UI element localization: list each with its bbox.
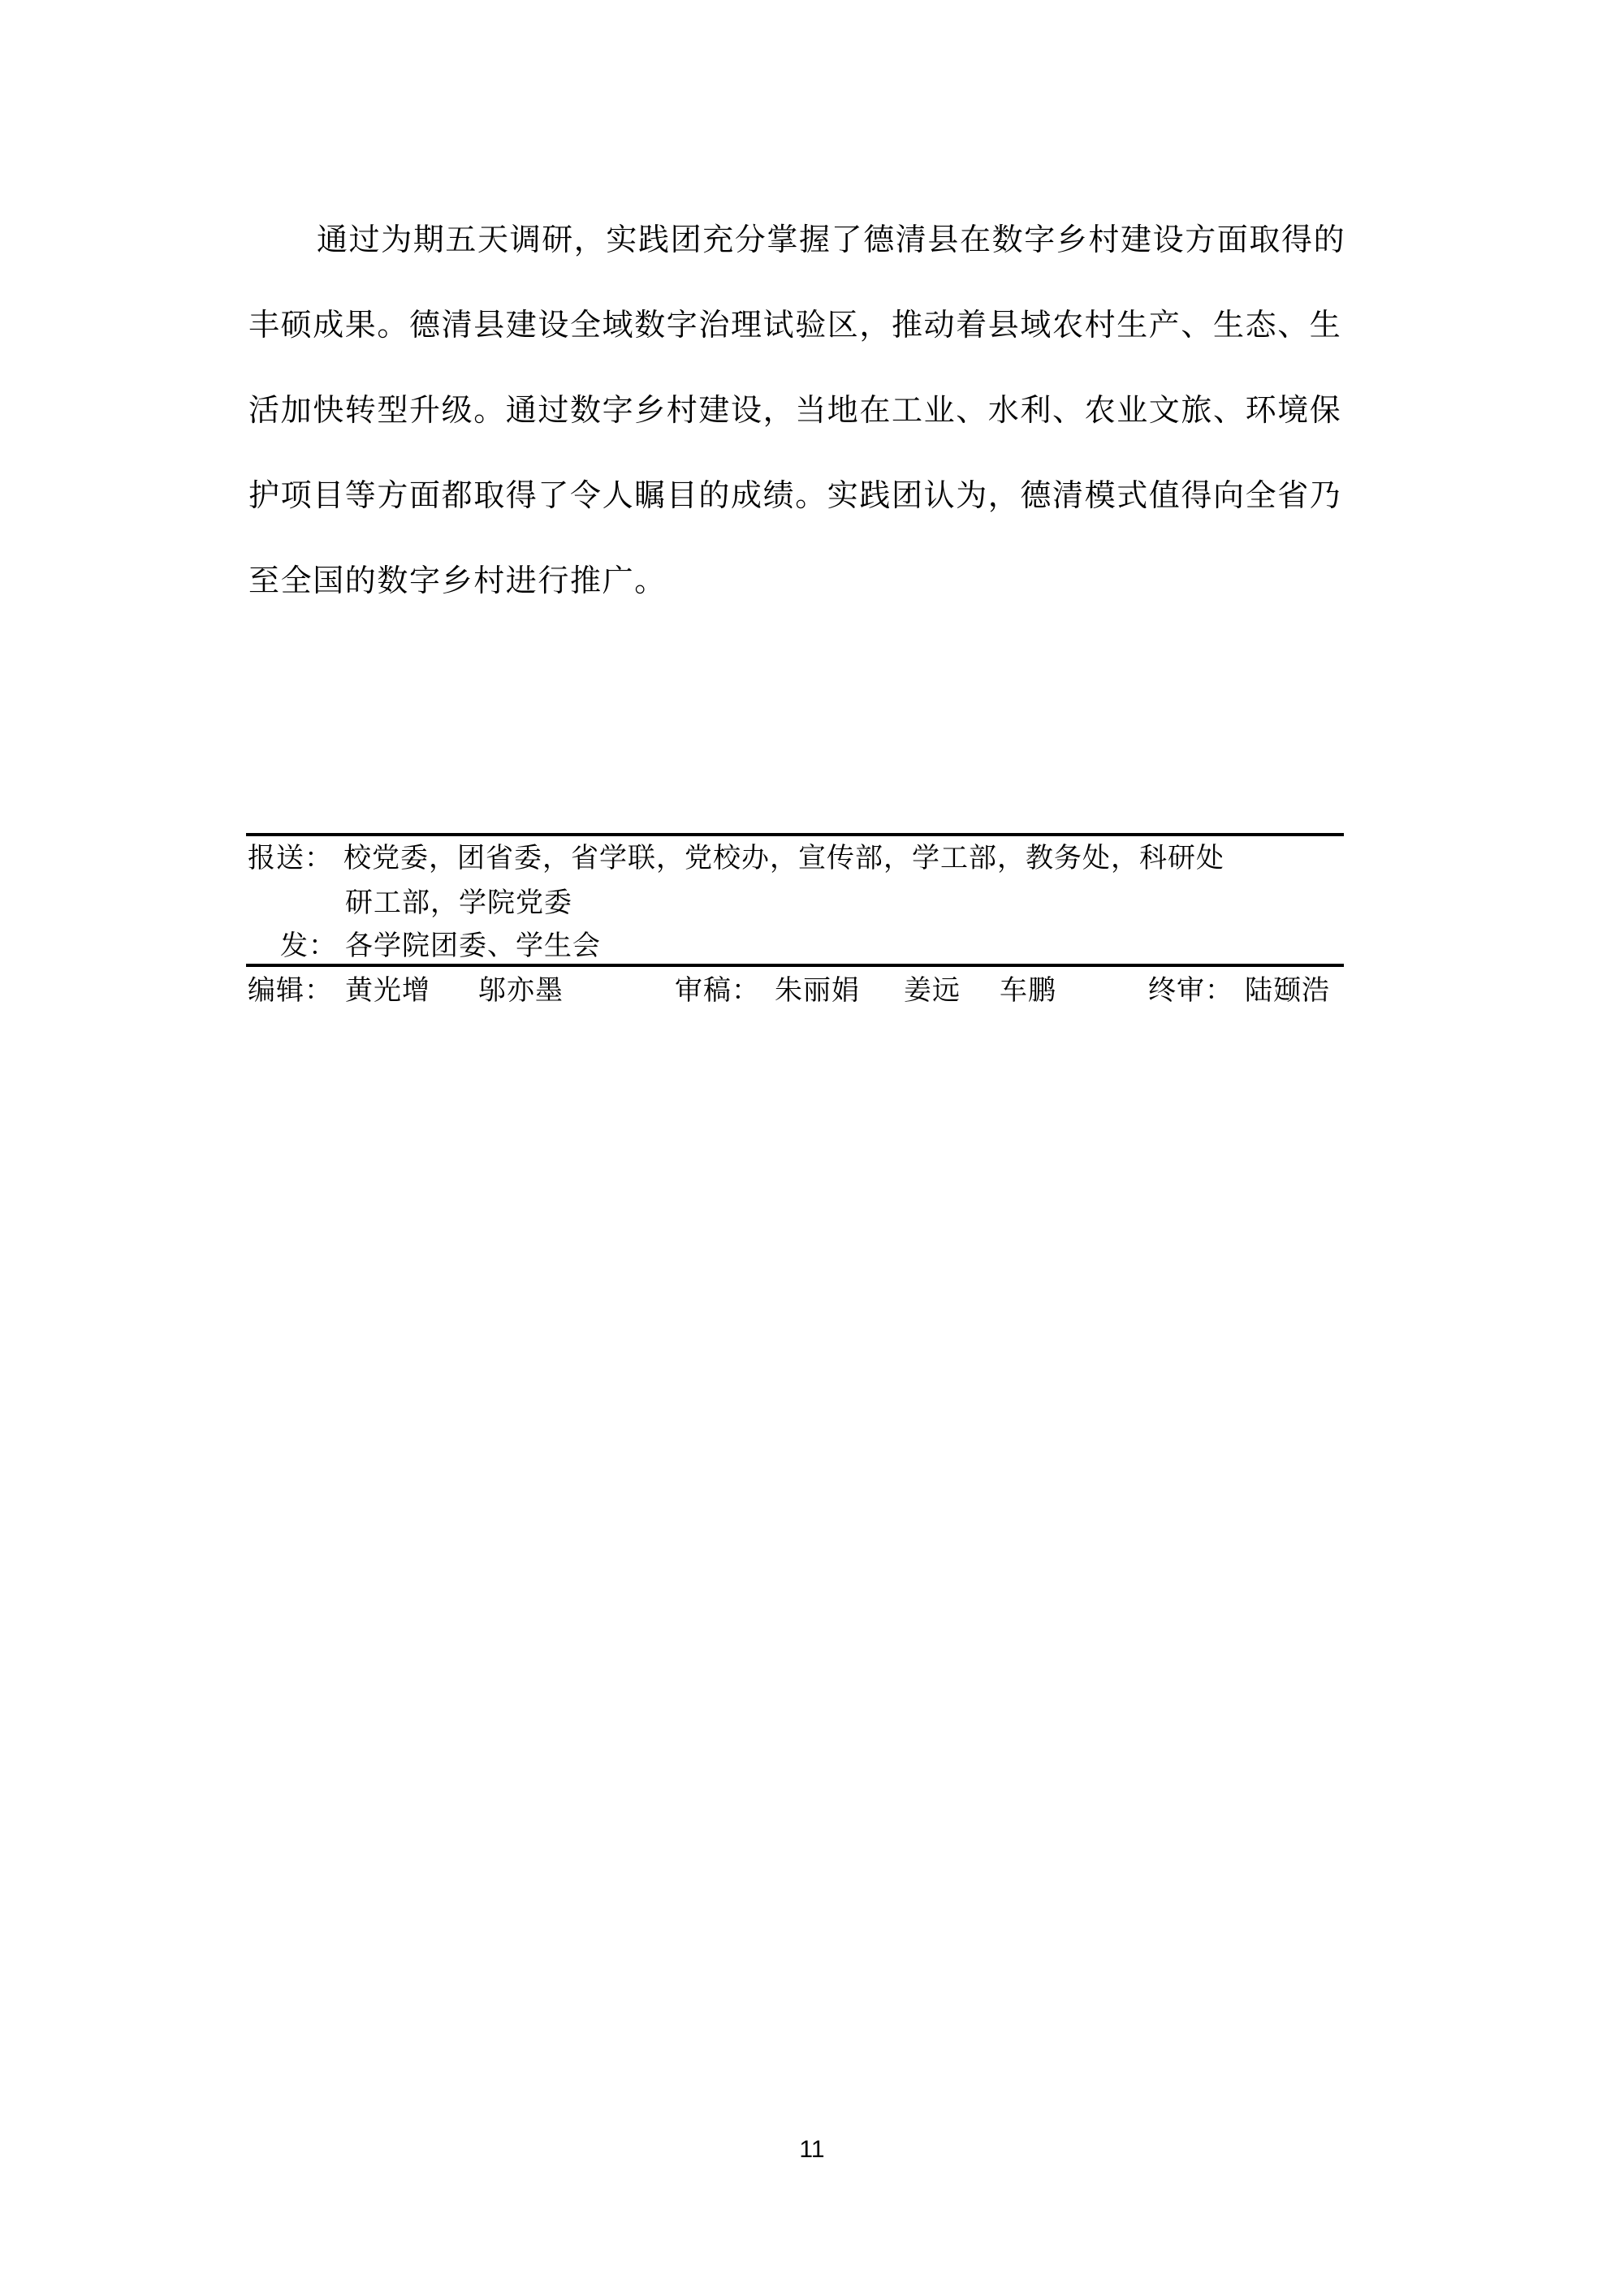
editor-label: 编辑： <box>248 971 333 1010</box>
paragraph-line-4: 护项目等方面都取得了令人瞩目的成绩。实践团认为，德清模式值得向全省乃 <box>248 471 1385 520</box>
report-to-recipients-line-2: 研工部，学院党委 <box>345 883 572 922</box>
paragraph-line-2: 丰硕成果。德清县建设全域数字治理试验区，推动着县域农村生产、生态、生 <box>248 300 1385 349</box>
paragraph-line-1: 通过为期五天调研，实践团充分掌握了德清县在数字乡村建设方面取得的 <box>317 215 1453 264</box>
reviewer-label: 审稿： <box>675 971 760 1010</box>
reviewer-name-1: 朱丽娟 <box>775 971 860 1010</box>
final-reviewer-label: 终审： <box>1148 971 1233 1010</box>
reviewer-name-2: 姜远 <box>904 971 961 1010</box>
page-number: 11 <box>780 2134 844 2166</box>
paragraph-line-5: 至全国的数字乡村进行推广。 <box>248 556 1385 605</box>
paragraph-line-3: 活加快转型升级。通过数字乡村建设，当地在工业、水利、农业文旅、环境保 <box>248 386 1385 434</box>
document-page: 通过为期五天调研，实践团充分掌握了德清县在数字乡村建设方面取得的 丰硕成果。德清… <box>0 0 1624 2296</box>
editor-name-1: 黄光增 <box>345 971 430 1010</box>
send-to-recipients: 各学院团委、学生会 <box>345 926 601 965</box>
final-reviewer-name: 陆颋浩 <box>1245 971 1330 1010</box>
bottom-divider-rule <box>246 964 1344 967</box>
reviewer-name-3: 车鹏 <box>1000 971 1056 1010</box>
editor-name-2: 邬亦墨 <box>478 971 564 1010</box>
top-divider-rule <box>246 833 1344 836</box>
send-to-label: 发： <box>280 926 337 965</box>
report-to-label: 报送： <box>248 839 333 878</box>
report-to-recipients-line-1: 校党委，团省委，省学联，党校办，宣传部，学工部，教务处，科研处 <box>343 839 1224 878</box>
